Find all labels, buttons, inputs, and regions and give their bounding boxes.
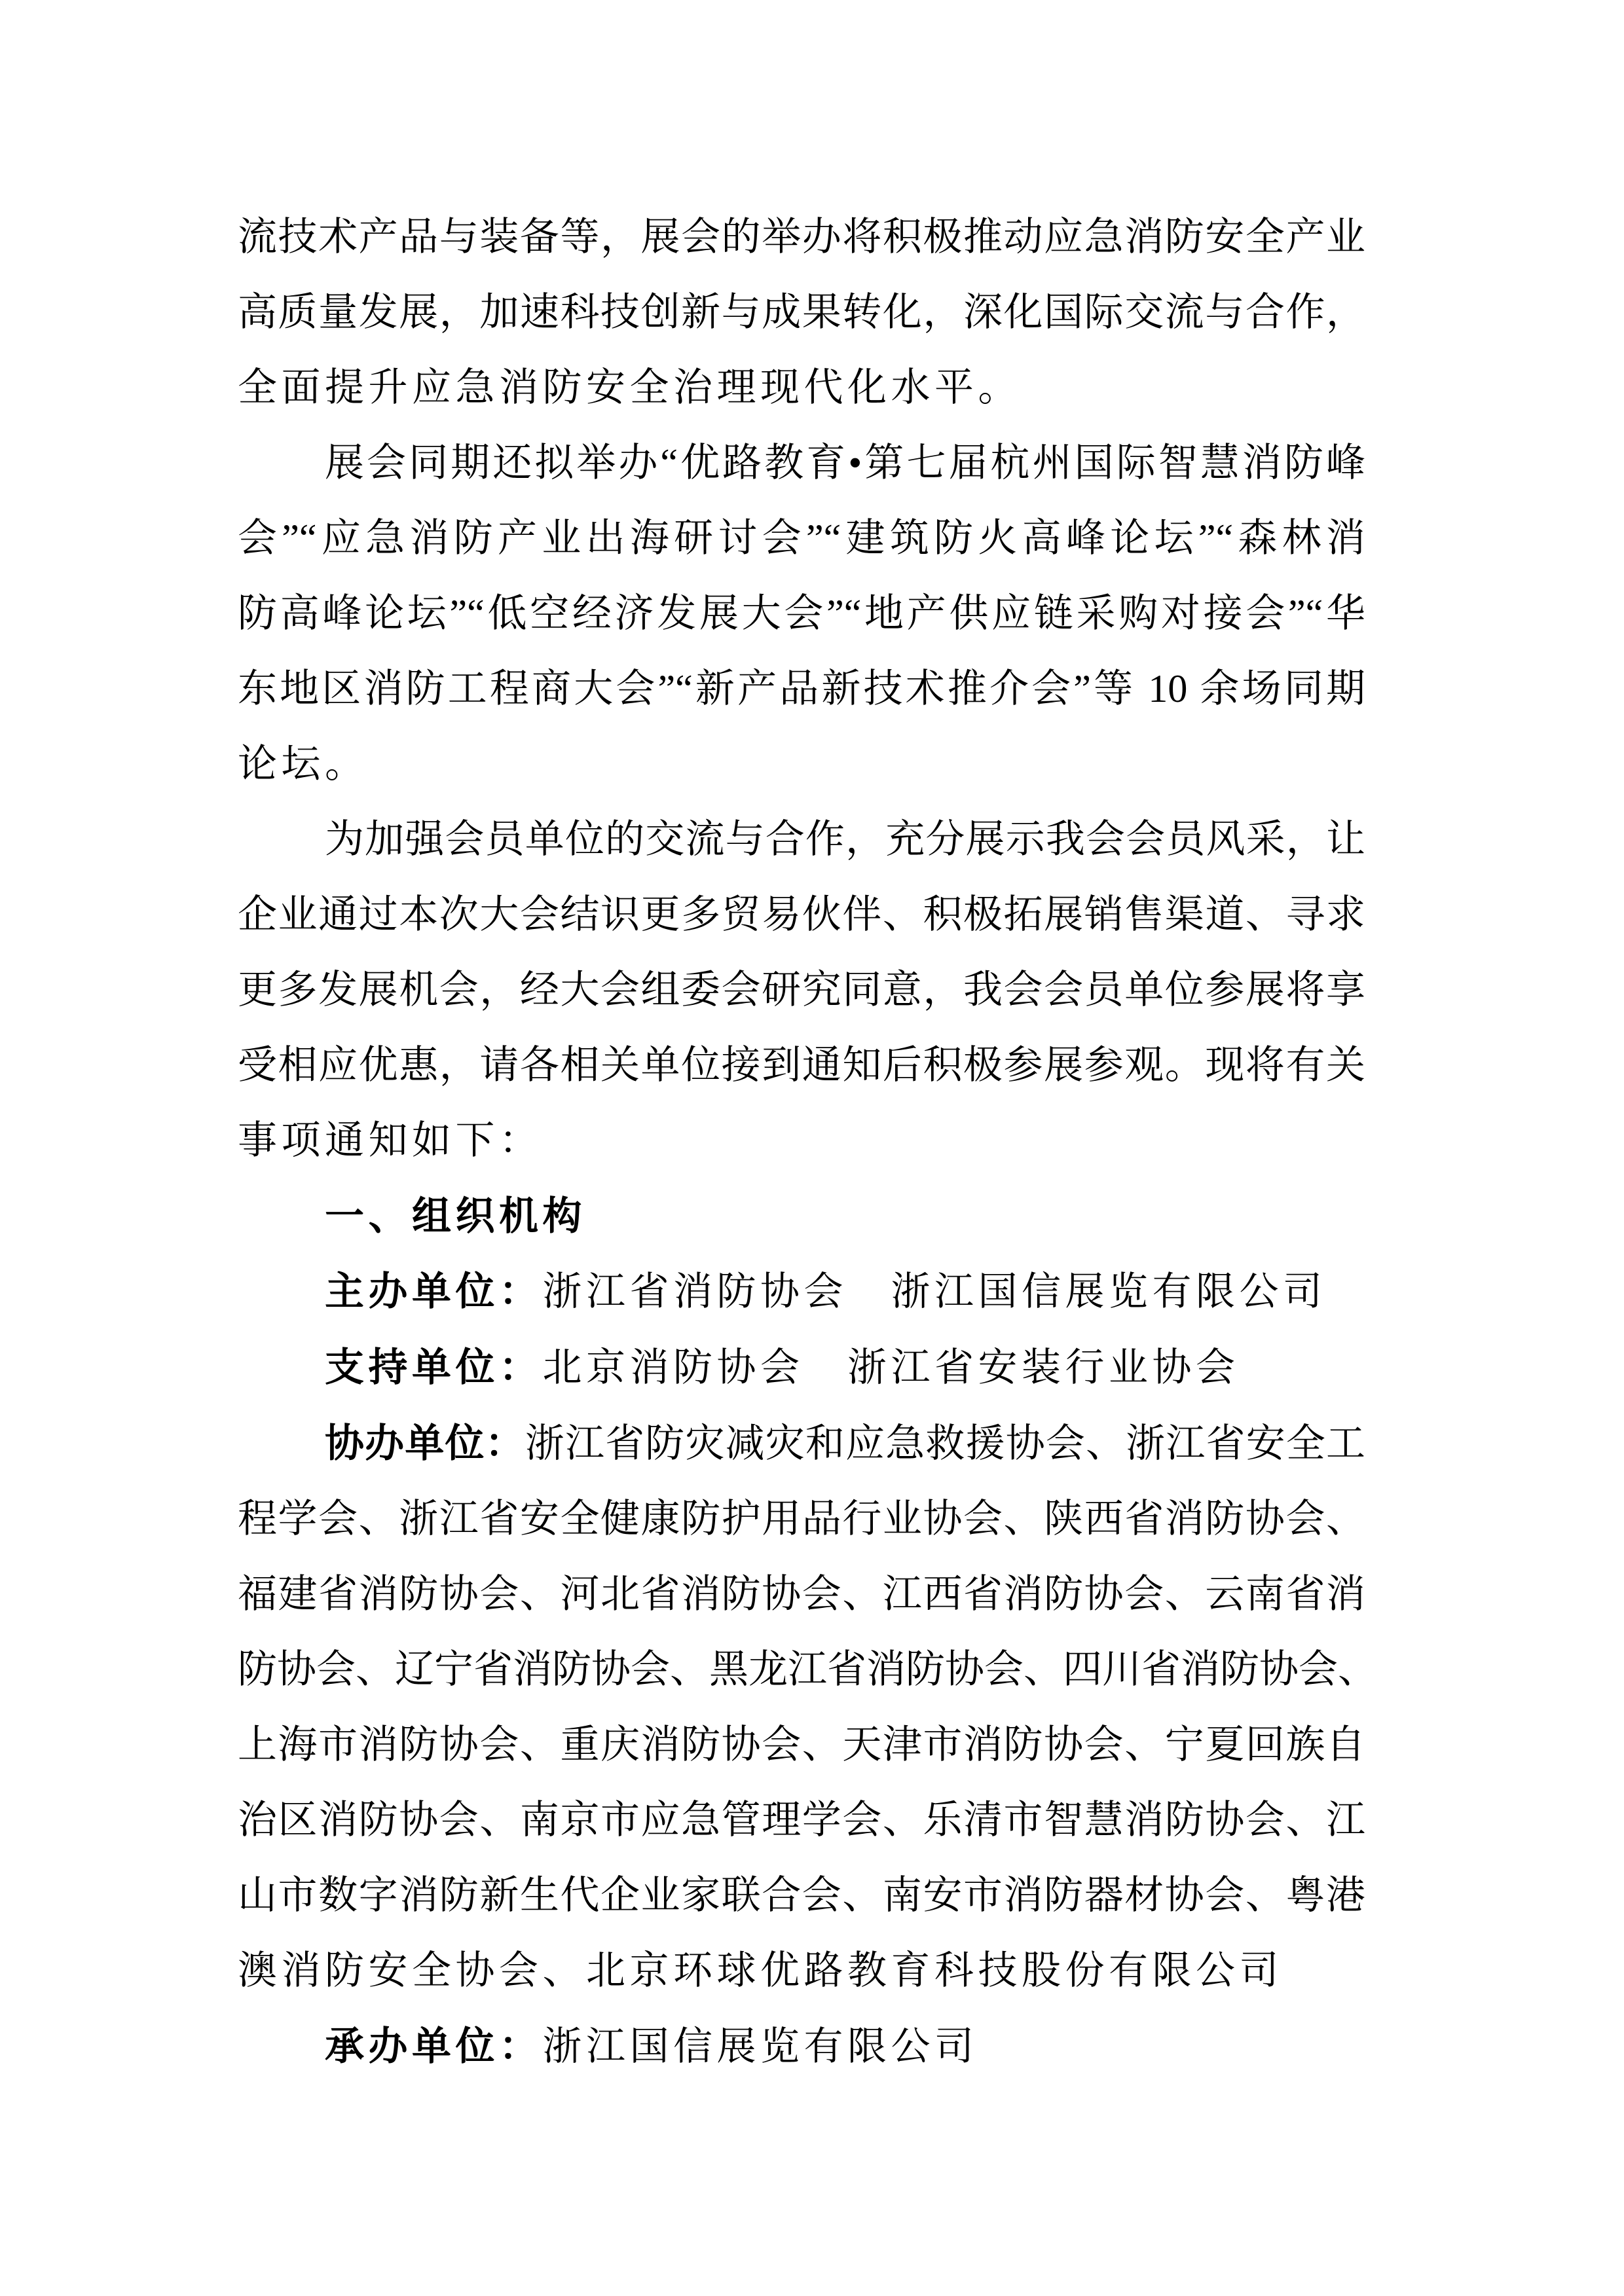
org-names: 浙江省防灾减灾和应急救援协会、浙江省安全工: [525, 1422, 1365, 1465]
body-line-21: 上海市消防协会、重庆消防协会、天津市消防协会、宁夏回族自: [238, 1707, 1365, 1783]
body-line-10: 企业通过本次大会结识更多贸易伙伴、积极拓展销售渠道、寻求: [238, 877, 1365, 953]
body-line-19: 福建省消防协会、河北省消防协会、江西省消防协会、云南省消: [238, 1557, 1365, 1632]
body-line-4: 展会同期还拟举办“优路教育•第七届杭州国际智慧消防峰: [238, 426, 1365, 501]
body-line-3: 全面提升应急消防安全治理现代化水平。: [238, 350, 1365, 426]
body-line-8: 论坛。: [238, 727, 1365, 802]
body-line-13: 事项通知如下：: [238, 1103, 1365, 1178]
body-line-2: 高质量发展，加速科技创新与成果转化，深化国际交流与合作，: [238, 275, 1365, 350]
body-line-1: 流技术产品与装备等，展会的举办将积极推动应急消防安全产业: [238, 200, 1365, 275]
org-names: 浙江国信展览有限公司: [543, 2025, 978, 2068]
body-line-23: 山市数字消防新生代企业家联合会、南安市消防器材协会、粤港: [238, 1858, 1365, 1933]
body-line-5: 会”“应急消防产业出海研讨会”“建筑防火高峰论坛”“森林消: [238, 501, 1365, 576]
body-line-12: 受相应优惠，请各相关单位接到通知后积极参展参观。现将有关: [238, 1028, 1365, 1103]
supporter-line: 支持单位：北京消防协会 浙江省安装行业协会: [238, 1330, 1365, 1406]
org-role-label: 支持单位：: [325, 1345, 543, 1389]
body-line-6: 防高峰论坛”“低空经济发展大会”“地产供应链采购对接会”“华: [238, 576, 1365, 651]
undertaker-line: 承办单位：浙江国信展览有限公司: [238, 2009, 1365, 2085]
org-names: 北京消防协会 浙江省安装行业协会: [543, 1346, 1240, 1389]
body-line-24: 澳消防安全协会、北京环球优路教育科技股份有限公司: [238, 1933, 1365, 2009]
org-role-label: 承办单位：: [325, 2024, 543, 2068]
body-line-11: 更多发展机会，经大会组委会研究同意，我会会员单位参展将享: [238, 953, 1365, 1028]
org-role-label: 协办单位：: [325, 1421, 525, 1465]
co-organizer-line: 协办单位：浙江省防灾减灾和应急救援协会、浙江省安全工: [238, 1406, 1365, 1482]
notice-page-body: 流技术产品与装备等，展会的举办将积极推动应急消防安全产业 高质量发展，加速科技创…: [238, 200, 1365, 2085]
org-names: 浙江省消防协会 浙江国信展览有限公司: [543, 1270, 1327, 1313]
body-line-18: 程学会、浙江省安全健康防护用品行业协会、陕西省消防协会、: [238, 1482, 1365, 1557]
organizer-line: 主办单位：浙江省消防协会 浙江国信展览有限公司: [238, 1254, 1365, 1330]
body-line-7: 东地区消防工程商大会”“新产品新技术推介会”等 10 余场同期: [238, 651, 1365, 727]
body-line-22: 治区消防协会、南京市应急管理学会、乐清市智慧消防协会、江: [238, 1783, 1365, 1858]
body-line-9: 为加强会员单位的交流与合作，充分展示我会会员风采，让: [238, 802, 1365, 877]
body-line-20: 防协会、辽宁省消防协会、黑龙江省消防协会、四川省消防协会、: [238, 1632, 1365, 1707]
section-heading: 一、组织机构: [238, 1178, 1365, 1254]
org-role-label: 主办单位：: [325, 1269, 543, 1313]
